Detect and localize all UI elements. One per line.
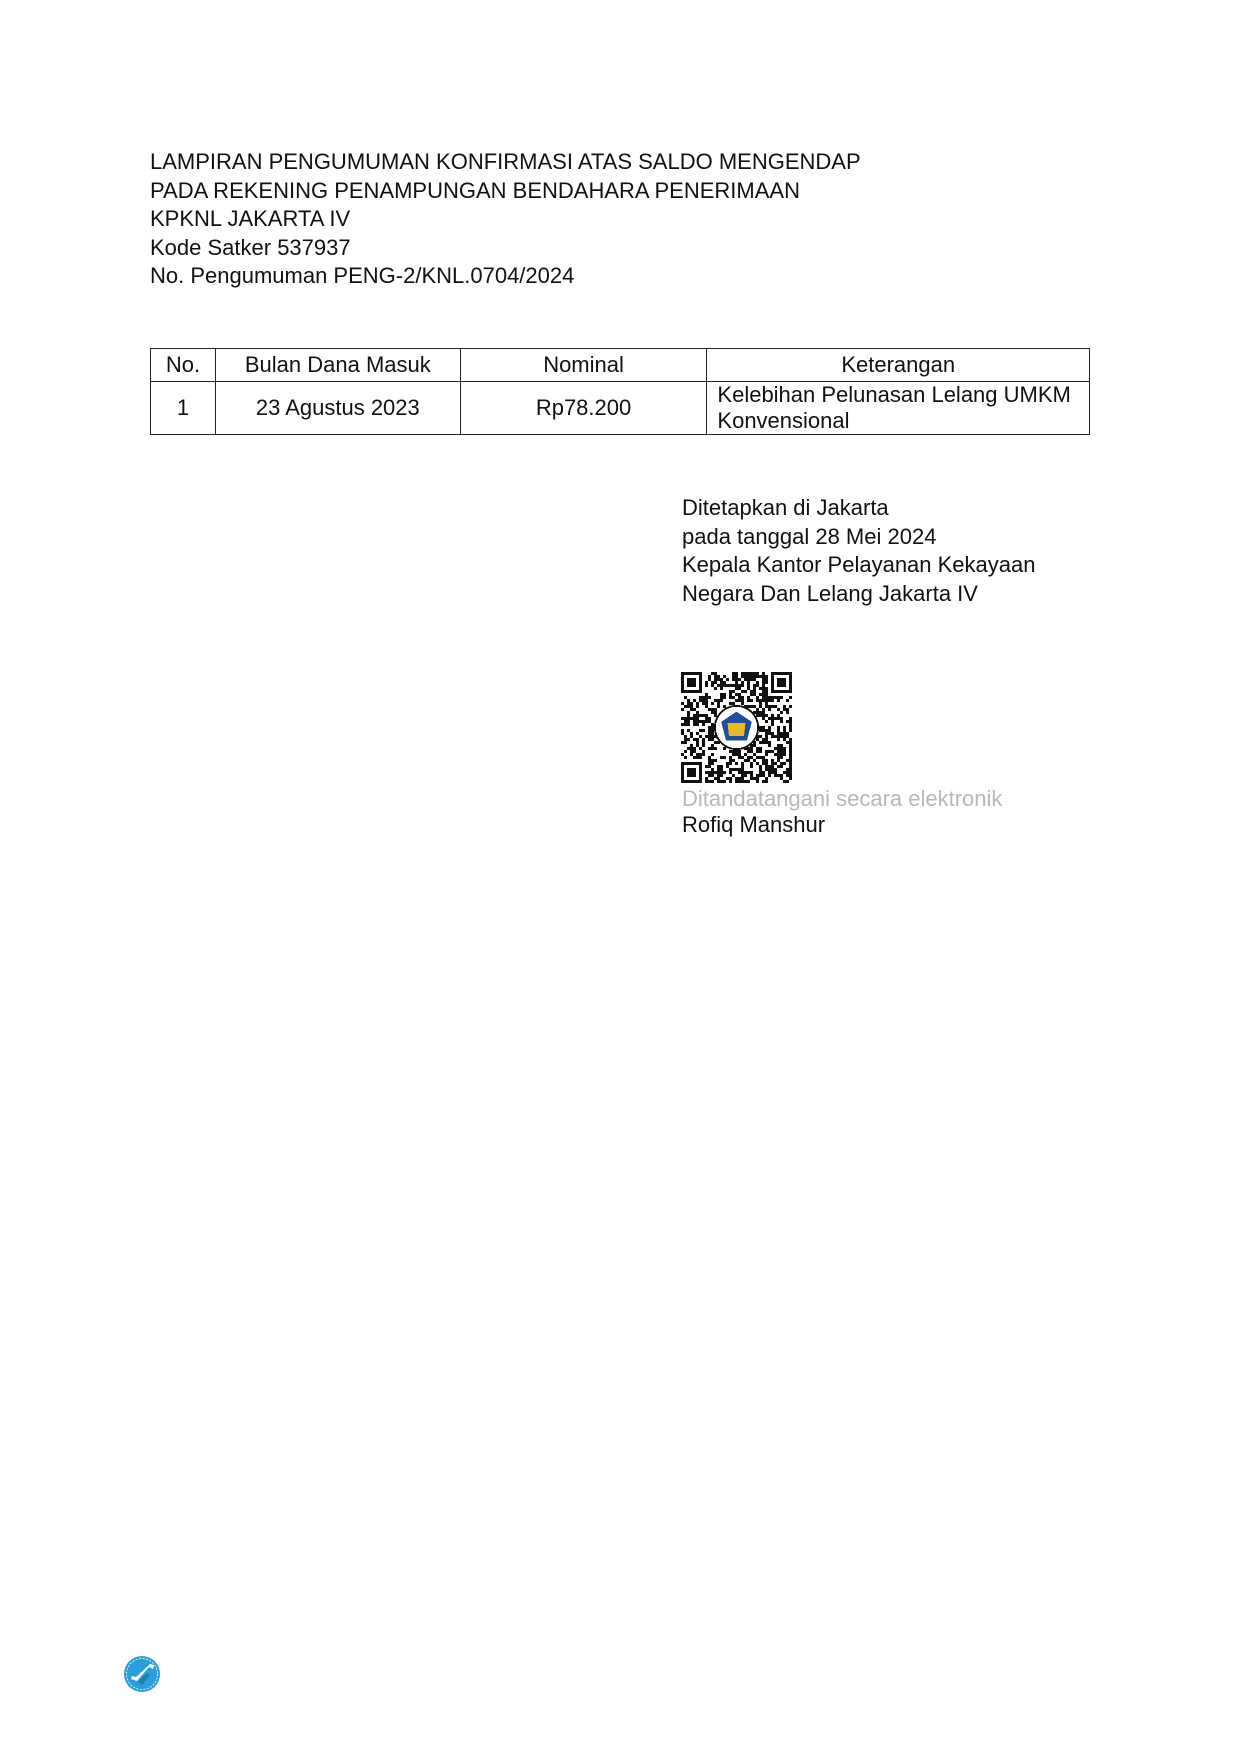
signer-name: Rofiq Manshur [682,812,825,838]
balance-table: No. Bulan Dana Masuk Nominal Keterangan … [150,348,1090,435]
table-header-row: No. Bulan Dana Masuk Nominal Keterangan [151,349,1090,382]
sign-position-line-2: Negara Dan Lelang Jakarta IV [682,580,1035,609]
table-row: 1 23 Agustus 2023 Rp78.200 Kelebihan Pel… [151,382,1090,435]
signature-block: Ditetapkan di Jakarta pada tanggal 28 Me… [682,494,1035,608]
header-title-line-1: LAMPIRAN PENGUMUMAN KONFIRMASI ATAS SALD… [150,148,861,177]
cell-keterangan: Kelebihan Pelunasan Lelang UMKM Konvensi… [707,382,1090,435]
column-header-nominal: Nominal [460,349,707,382]
bsre-seal-logo-icon [123,1655,161,1693]
column-header-keterangan: Keterangan [707,349,1090,382]
header-satker-code: Kode Satker 537937 [150,234,861,263]
qr-code-icon [681,672,792,783]
header-announcement-number: No. Pengumuman PENG-2/KNL.0704/2024 [150,262,861,291]
keterangan-line-1: Kelebihan Pelunasan Lelang UMKM [717,382,1087,408]
electronic-signature-note: Ditandatangani secara elektronik [682,786,1002,812]
sign-position-line-1: Kepala Kantor Pelayanan Kekayaan [682,551,1035,580]
header-title-line-2: PADA REKENING PENAMPUNGAN BENDAHARA PENE… [150,177,861,206]
cell-no: 1 [151,382,216,435]
document-header: LAMPIRAN PENGUMUMAN KONFIRMASI ATAS SALD… [150,148,861,291]
cell-bulan-dana-masuk: 23 Agustus 2023 [215,382,460,435]
column-header-bulan-dana-masuk: Bulan Dana Masuk [215,349,460,382]
column-header-no: No. [151,349,216,382]
header-office: KPKNL JAKARTA IV [150,205,861,234]
sign-place: Ditetapkan di Jakarta [682,494,1035,523]
keterangan-line-2: Konvensional [717,408,1087,434]
cell-nominal: Rp78.200 [460,382,707,435]
sign-date: pada tanggal 28 Mei 2024 [682,523,1035,552]
